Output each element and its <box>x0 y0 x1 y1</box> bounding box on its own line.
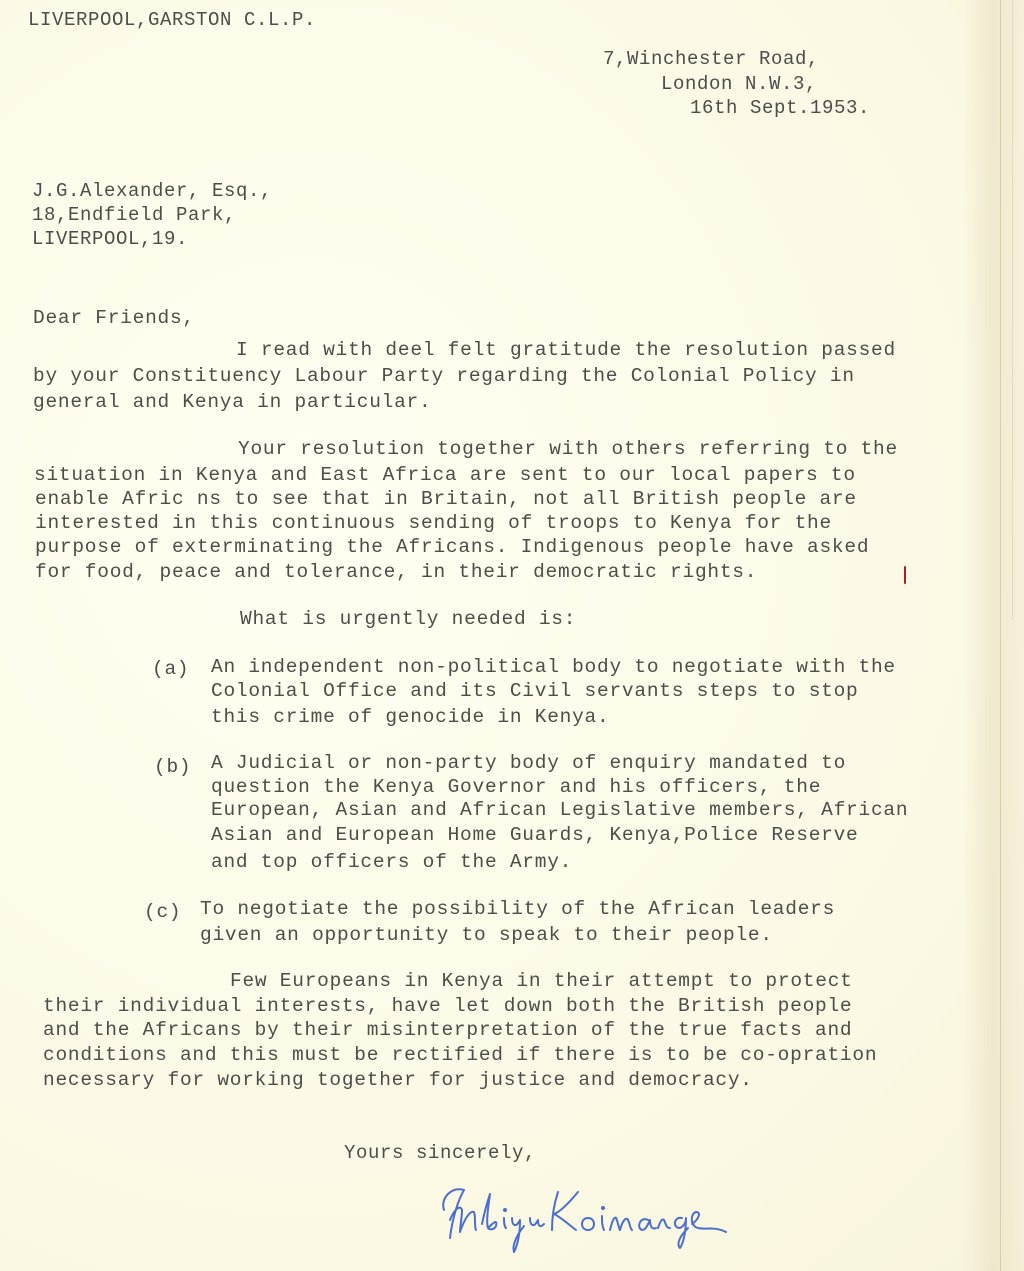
recipient-street: 18,Endfield Park, <box>32 203 236 227</box>
signature-icon <box>430 1180 850 1260</box>
paragraph-line: conditions and this must be rectified if… <box>43 1043 877 1067</box>
item-label: (c) <box>144 900 181 924</box>
paragraph-line: necessary for working together for justi… <box>43 1068 753 1092</box>
item-line: Asian and European Home Guards, Kenya,Po… <box>211 823 859 847</box>
paragraph-line: purpose of exterminating the Africans. I… <box>35 535 869 559</box>
item-line: An independent non-political body to neg… <box>211 655 896 679</box>
item-line: given an opportunity to speak to their p… <box>200 923 773 947</box>
paragraph-line: by your Constituency Labour Party regard… <box>33 364 855 388</box>
paper-fold-line <box>1000 0 1001 1271</box>
item-line: A Judicial or non-party body of enquiry … <box>211 751 846 775</box>
item-line: and top officers of the Army. <box>211 850 572 874</box>
paper-fold-line <box>1012 0 1013 620</box>
paragraph-line: interested in this continuous sending of… <box>35 511 832 535</box>
recipient-name: J.G.Alexander, Esq., <box>32 179 272 203</box>
item-line: European, Asian and African Legislative … <box>211 798 908 822</box>
header-organization: LIVERPOOL,GARSTON C.L.P. <box>28 8 316 32</box>
paragraph-line: Your resolution together with others ref… <box>238 437 898 461</box>
paragraph-line: I read with deel felt gratitude the reso… <box>236 338 896 362</box>
item-label: (a) <box>152 657 189 681</box>
item-line: To negotiate the possibility of the Afri… <box>200 897 835 921</box>
item-line: this crime of genocide in Kenya. <box>211 705 609 729</box>
salutation: Dear Friends, <box>33 306 195 330</box>
paragraph-line: situation in Kenya and East Africa are s… <box>34 463 856 487</box>
paragraph-line: general and Kenya in particular. <box>33 390 431 414</box>
recipient-city: LIVERPOOL,19. <box>32 227 188 251</box>
closing: Yours sincerely, <box>344 1141 536 1165</box>
letter-page: LIVERPOOL,GARSTON C.L.P. 7,Winchester Ro… <box>0 0 1024 1271</box>
sender-address-line2: London N.W.3, <box>661 72 817 96</box>
letter-date: 16th Sept.1953. <box>690 96 870 120</box>
paragraph-line: Few Europeans in Kenya in their attempt … <box>230 969 853 993</box>
red-ink-mark <box>904 566 906 584</box>
needs-intro: What is urgently needed is: <box>240 607 576 631</box>
handwritten-signature: Mbiyu Koinange <box>430 1180 850 1260</box>
paragraph-line: for food, peace and tolerance, in their … <box>35 560 757 584</box>
paragraph-line: enable Afric ns to see that in Britain, … <box>35 487 857 511</box>
paragraph-line: and the Africans by their misinterpretat… <box>43 1018 852 1042</box>
item-line: Colonial Office and its Civil servants s… <box>211 679 859 703</box>
paragraph-line: their individual interests, have let dow… <box>43 994 852 1018</box>
item-label: (b) <box>154 755 191 779</box>
item-line: question the Kenya Governor and his offi… <box>211 775 821 799</box>
sender-address-line1: 7,Winchester Road, <box>603 47 819 71</box>
